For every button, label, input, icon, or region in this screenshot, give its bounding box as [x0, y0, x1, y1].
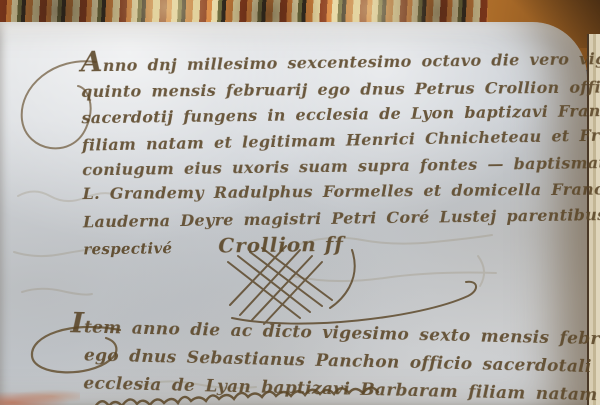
- cut-off-line: [0, 0, 600, 405]
- manuscript-photo: Anno dnj millesimo sexcentesimo octavo d…: [0, 0, 600, 405]
